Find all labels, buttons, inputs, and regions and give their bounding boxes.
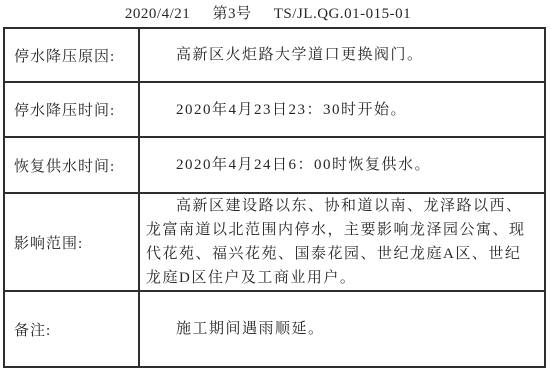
value-text: 高新区建设路以东、协和道以南、龙泽路以西、龙富南道以北范围内停水，主要影响龙泽园… — [146, 194, 534, 290]
label-text: 影响范围: — [14, 232, 83, 253]
row-label: 恢复供水时间: — [5, 138, 140, 192]
label-text: 恢复供水时间: — [14, 155, 115, 176]
row-value: 施工期间遇雨顺延。 — [140, 292, 544, 366]
table-row-affected-area: 影响范围: 高新区建设路以东、协和道以南、龙泽路以西、龙富南道以北范围内停水，主… — [5, 194, 544, 292]
row-value: 2020年4月23日23：30时开始。 — [140, 83, 544, 136]
row-label: 停水降压原因: — [5, 29, 140, 81]
table-row-restore-time: 恢复供水时间: 2020年4月24日6：00时恢复供水。 — [5, 138, 544, 194]
label-text: 备注: — [14, 319, 51, 340]
value-text: 2020年4月24日6：00时恢复供水。 — [146, 153, 534, 177]
row-value: 高新区建设路以东、协和道以南、龙泽路以西、龙富南道以北范围内停水，主要影响龙泽园… — [140, 194, 544, 290]
document-header: 2020/4/21 第3号 TS/JL.QG.01-015-01 — [0, 2, 536, 23]
row-label: 停水降压时间: — [5, 83, 140, 136]
table-row-outage-time: 停水降压时间: 2020年4月23日23：30时开始。 — [5, 83, 544, 138]
row-label: 备注: — [5, 292, 140, 366]
table-row-reason: 停水降压原因: 高新区火炬路大学道口更换阀门。 — [5, 29, 544, 83]
header-doc-code: TS/JL.QG.01-015-01 — [274, 6, 411, 22]
value-text: 高新区火炬路大学道口更换阀门。 — [146, 43, 534, 67]
value-text: 2020年4月23日23：30时开始。 — [146, 98, 534, 122]
row-value: 2020年4月24日6：00时恢复供水。 — [140, 138, 544, 192]
label-text: 停水降压原因: — [14, 45, 115, 66]
row-label: 影响范围: — [5, 194, 140, 290]
notice-table: 停水降压原因: 高新区火炬路大学道口更换阀门。 停水降压时间: 2020年4月2… — [3, 27, 546, 368]
row-value: 高新区火炬路大学道口更换阀门。 — [140, 29, 544, 81]
label-text: 停水降压时间: — [14, 99, 115, 120]
header-issue-number: 第3号 — [213, 6, 252, 22]
value-text: 施工期间遇雨顺延。 — [146, 317, 534, 341]
header-date: 2020/4/21 — [125, 6, 190, 22]
table-row-remarks: 备注: 施工期间遇雨顺延。 — [5, 292, 544, 366]
